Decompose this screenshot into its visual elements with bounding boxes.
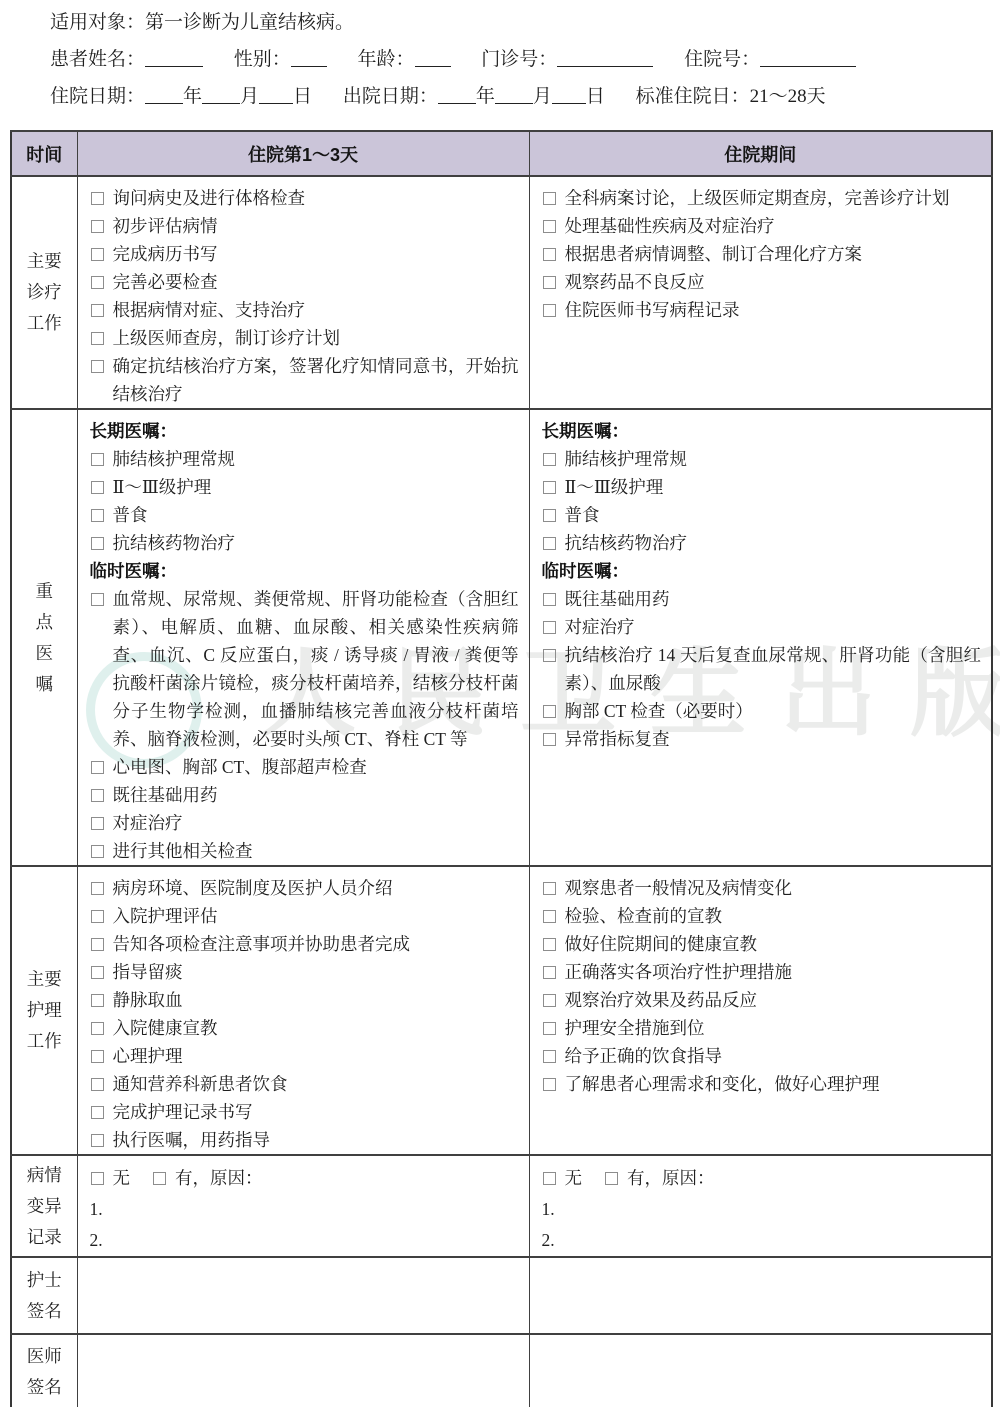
checklist-item: 胸部 CT 检查（必要时） xyxy=(542,697,982,725)
checklist-item-text: 给予正确的饮食指导 xyxy=(565,1042,982,1070)
checkbox-icon[interactable] xyxy=(91,360,104,373)
checklist-item: 肺结核护理常规 xyxy=(542,445,982,473)
checklist-item-text: 全科病案讨论，上级医师定期查房，完善诊疗计划 xyxy=(565,184,982,212)
order-group-heading: 临时医嘱： xyxy=(542,557,982,585)
checklist-item: 肺结核护理常规 xyxy=(90,445,519,473)
col-header-during-stay: 住院期间 xyxy=(529,131,992,176)
checklist-item: 指导留痰 xyxy=(90,958,519,986)
checklist-item-text: 根据患者病情调整、制订合理化疗方案 xyxy=(565,240,982,268)
checkbox-icon[interactable] xyxy=(91,593,104,606)
standard-stay-label: 标准住院日： xyxy=(636,86,750,107)
inpatient-no-label: 住院号： xyxy=(684,49,760,70)
checklist-item-text: 完成病历书写 xyxy=(113,240,519,268)
variation-option-label: 无 xyxy=(113,1163,131,1194)
row-key-orders: 重 点 医 嘱 长期医嘱：肺结核护理常规Ⅱ～Ⅲ级护理普食抗结核药物治疗临时医嘱：… xyxy=(11,409,992,866)
checkbox-icon[interactable] xyxy=(91,789,104,802)
checklist-item-text: 抗结核药物治疗 xyxy=(565,529,982,557)
variation-option-label: 无 xyxy=(565,1163,583,1194)
checklist-item-text: 心电图、胸部 CT、腹部超声检查 xyxy=(113,753,519,781)
checklist-item: 血常规、尿常规、粪便常规、肝肾功能检查（含胆红素）、电解质、血糖、血尿酸、相关感… xyxy=(90,585,519,753)
checkbox-icon[interactable] xyxy=(91,1172,104,1185)
checklist-item-text: 完善必要检查 xyxy=(113,268,519,296)
row-label-physician-signature: 医师 签名 xyxy=(11,1334,77,1407)
checklist-item: 处理基础性疾病及对症治疗 xyxy=(542,212,982,240)
order-group-heading: 长期医嘱： xyxy=(90,417,519,445)
standard-stay-value: 21～28天 xyxy=(750,86,826,107)
cell-orders-during-stay: 长期医嘱：肺结核护理常规Ⅱ～Ⅲ级护理普食抗结核药物治疗临时医嘱：既往基础用药对症… xyxy=(529,409,992,866)
checkbox-icon[interactable] xyxy=(91,192,104,205)
checklist-item-text: 检验、检查前的宣教 xyxy=(565,902,982,930)
checkbox-icon[interactable] xyxy=(91,276,104,289)
dates-line: 住院日期：年月日 出院日期：年月日 标准住院日：21～28天 xyxy=(50,78,982,115)
checklist-item-text: 入院健康宣教 xyxy=(113,1014,519,1042)
checkbox-icon[interactable] xyxy=(91,453,104,466)
checklist-item: 执行医嘱，用药指导 xyxy=(90,1126,519,1154)
checkbox-icon[interactable] xyxy=(153,1172,166,1185)
cell-physician-signature-during-stay[interactable] xyxy=(529,1334,992,1407)
outpatient-no-blank[interactable] xyxy=(557,48,653,67)
numbered-blank-line: 2. xyxy=(90,1225,519,1256)
row-label-variation-record: 病情 变异 记录 xyxy=(11,1155,77,1257)
checkbox-icon[interactable] xyxy=(543,1078,556,1091)
checklist-item: 通知营养科新患者饮食 xyxy=(90,1070,519,1098)
checklist-item-text: 血常规、尿常规、粪便常规、肝肾功能检查（含胆红素）、电解质、血糖、血尿酸、相关感… xyxy=(113,585,519,753)
clinical-pathway-page: 人民卫生出版社 适用对象：第一诊断为儿童结核病。 患者姓名： 性别： 年龄： 门… xyxy=(0,0,1002,1407)
checklist-item: 护理安全措施到位 xyxy=(542,1014,982,1042)
row-label-nurse-signature: 护士 签名 xyxy=(11,1257,77,1334)
inpatient-no-field: 住院号： xyxy=(684,49,856,70)
document-header: 适用对象：第一诊断为儿童结核病。 患者姓名： 性别： 年龄： 门诊号： 住院号：… xyxy=(50,4,982,115)
checklist-item-text: 普食 xyxy=(565,501,982,529)
checkbox-icon[interactable] xyxy=(91,248,104,261)
checklist-item-text: 入院护理评估 xyxy=(113,902,519,930)
order-group-heading: 长期医嘱： xyxy=(542,417,982,445)
row-physician-signature: 医师 签名 xyxy=(11,1334,992,1407)
checklist-item-text: 病房环境、医院制度及医护人员介绍 xyxy=(113,874,519,902)
discharge-day-blank[interactable] xyxy=(552,85,586,104)
checkbox-icon[interactable] xyxy=(543,593,556,606)
checklist-item: 抗结核治疗 14 天后复查血尿常规、肝肾功能（含胆红素）、血尿酸 xyxy=(542,641,982,697)
discharge-year-blank[interactable] xyxy=(438,85,476,104)
month-label: 月 xyxy=(240,86,259,107)
checklist-item: 既往基础用药 xyxy=(90,781,519,809)
checkbox-icon[interactable] xyxy=(91,1078,104,1091)
cell-treatment-during-stay: 全科病案讨论，上级医师定期查房，完善诊疗计划处理基础性疾病及对症治疗根据患者病情… xyxy=(529,176,992,409)
cell-nurse-signature-during-stay[interactable] xyxy=(529,1257,992,1334)
discharge-date-field: 出院日期：年月日 xyxy=(343,86,605,107)
checkbox-icon[interactable] xyxy=(543,248,556,261)
checklist-item: 进行其他相关检查 xyxy=(90,837,519,865)
checkbox-icon[interactable] xyxy=(91,332,104,345)
checklist-item-text: 观察患者一般情况及病情变化 xyxy=(565,874,982,902)
variation-options-line: 无有，原因： xyxy=(90,1163,519,1194)
checklist-item: 既往基础用药 xyxy=(542,585,982,613)
row-label-main-nursing: 主要 护理 工作 xyxy=(11,866,77,1155)
admission-month-blank[interactable] xyxy=(202,85,240,104)
checklist-item-text: 根据病情对症、支持治疗 xyxy=(113,296,519,324)
checklist-item-text: 确定抗结核治疗方案，签署化疗知情同意书，开始抗结核治疗 xyxy=(113,352,519,408)
checklist-item-text: 做好住院期间的健康宣教 xyxy=(565,930,982,958)
checkbox-icon[interactable] xyxy=(91,1022,104,1035)
numbered-blank-line: 2. xyxy=(542,1225,982,1256)
table-header-row: 时间 住院第1～3天 住院期间 xyxy=(11,131,992,176)
admission-date-field: 住院日期：年月日 xyxy=(50,86,312,107)
checkbox-icon[interactable] xyxy=(543,705,556,718)
checklist-item: 对症治疗 xyxy=(542,613,982,641)
checklist-item: 入院护理评估 xyxy=(90,902,519,930)
gender-field: 性别： xyxy=(234,49,327,70)
checklist-item-text: 静脉取血 xyxy=(113,986,519,1014)
checklist-item: 静脉取血 xyxy=(90,986,519,1014)
checkbox-icon[interactable] xyxy=(543,649,556,662)
checkbox-icon[interactable] xyxy=(543,192,556,205)
checklist-item: 正确落实各项治疗性护理措施 xyxy=(542,958,982,986)
checkbox-icon[interactable] xyxy=(91,1050,104,1063)
checklist-item-text: 对症治疗 xyxy=(565,613,982,641)
checkbox-icon[interactable] xyxy=(543,453,556,466)
order-group-heading: 临时医嘱： xyxy=(90,557,519,585)
checklist-item: 对症治疗 xyxy=(90,809,519,837)
checklist-item-text: 抗结核药物治疗 xyxy=(113,529,519,557)
checklist-item-text: 对症治疗 xyxy=(113,809,519,837)
checklist-item: 根据患者病情调整、制订合理化疗方案 xyxy=(542,240,982,268)
checklist-item: 询问病史及进行体格检查 xyxy=(90,184,519,212)
applicable-target-line: 适用对象：第一诊断为儿童结核病。 xyxy=(50,4,982,41)
checklist-item-text: 了解患者心理需求和变化，做好心理护理 xyxy=(565,1070,982,1098)
checkbox-icon[interactable] xyxy=(91,910,104,923)
checkbox-icon[interactable] xyxy=(543,966,556,979)
year-label: 年 xyxy=(183,86,202,107)
checkbox-icon[interactable] xyxy=(543,994,556,1007)
checklist-item: 观察药品不良反应 xyxy=(542,268,982,296)
checklist-item: 住院医师书写病程记录 xyxy=(542,296,982,324)
numbered-blank-line: 1. xyxy=(542,1194,982,1225)
checkbox-icon[interactable] xyxy=(543,509,556,522)
checkbox-icon[interactable] xyxy=(91,1106,104,1119)
cell-nursing-days-1-3: 病房环境、医院制度及医护人员介绍入院护理评估告知各项检查注意事项并协助患者完成指… xyxy=(77,866,529,1155)
checkbox-icon[interactable] xyxy=(91,481,104,494)
checkbox-icon[interactable] xyxy=(543,1050,556,1063)
outpatient-no-label: 门诊号： xyxy=(481,49,557,70)
checkbox-icon[interactable] xyxy=(543,1172,556,1185)
checklist-item: 观察治疗效果及药品反应 xyxy=(542,986,982,1014)
checklist-item: Ⅱ～Ⅲ级护理 xyxy=(90,473,519,501)
checkbox-icon[interactable] xyxy=(543,1022,556,1035)
pathway-table: 时间 住院第1～3天 住院期间 主要 诊疗 工作 询问病史及进行体格检查初步评估… xyxy=(10,130,993,1407)
checklist-item: 上级医师查房，制订诊疗计划 xyxy=(90,324,519,352)
checklist-item-text: 通知营养科新患者饮食 xyxy=(113,1070,519,1098)
checklist-item: 完成病历书写 xyxy=(90,240,519,268)
variation-option-label: 有，原因： xyxy=(175,1163,263,1194)
checkbox-icon[interactable] xyxy=(91,509,104,522)
checklist-item-text: 正确落实各项治疗性护理措施 xyxy=(565,958,982,986)
checkbox-icon[interactable] xyxy=(91,304,104,317)
checklist-item: 心电图、胸部 CT、腹部超声检查 xyxy=(90,753,519,781)
day-label: 日 xyxy=(293,86,312,107)
checkbox-icon[interactable] xyxy=(605,1172,618,1185)
checklist-item: 抗结核药物治疗 xyxy=(90,529,519,557)
checklist-item: 了解患者心理需求和变化，做好心理护理 xyxy=(542,1070,982,1098)
checklist-item-text: 指导留痰 xyxy=(113,958,519,986)
age-field: 年龄： xyxy=(358,49,451,70)
col-header-days-1-3: 住院第1～3天 xyxy=(77,131,529,176)
variation-option-label: 有，原因： xyxy=(627,1163,715,1194)
month-label: 月 xyxy=(533,86,552,107)
checkbox-icon[interactable] xyxy=(543,276,556,289)
checklist-item: 病房环境、医院制度及医护人员介绍 xyxy=(90,874,519,902)
checkbox-icon[interactable] xyxy=(91,845,104,858)
checkbox-icon[interactable] xyxy=(543,938,556,951)
gender-blank[interactable] xyxy=(291,48,327,67)
checklist-item: 完善必要检查 xyxy=(90,268,519,296)
checklist-item-text: 肺结核护理常规 xyxy=(113,445,519,473)
cell-nurse-signature-days-1-3[interactable] xyxy=(77,1257,529,1334)
discharge-date-label: 出院日期： xyxy=(343,86,438,107)
checklist-item: 确定抗结核治疗方案，签署化疗知情同意书，开始抗结核治疗 xyxy=(90,352,519,408)
checklist-item-text: 既往基础用药 xyxy=(565,585,982,613)
outpatient-no-field: 门诊号： xyxy=(481,49,653,70)
numbered-blank-line: 1. xyxy=(90,1194,519,1225)
checklist-item: 初步评估病情 xyxy=(90,212,519,240)
checkbox-icon[interactable] xyxy=(91,220,104,233)
checklist-item-text: 胸部 CT 检查（必要时） xyxy=(565,697,982,725)
checklist-item-text: 住院医师书写病程记录 xyxy=(565,296,982,324)
year-label: 年 xyxy=(476,86,495,107)
day-label: 日 xyxy=(586,86,605,107)
checklist-item: 完成护理记录书写 xyxy=(90,1098,519,1126)
checklist-item-text: 执行医嘱，用药指导 xyxy=(113,1126,519,1154)
cell-variation-during-stay: 无有，原因：1.2. xyxy=(529,1155,992,1257)
checkbox-icon[interactable] xyxy=(91,1134,104,1147)
checkbox-icon[interactable] xyxy=(91,761,104,774)
cell-orders-days-1-3: 长期医嘱：肺结核护理常规Ⅱ～Ⅲ级护理普食抗结核药物治疗临时医嘱：血常规、尿常规、… xyxy=(77,409,529,866)
checklist-item-text: Ⅱ～Ⅲ级护理 xyxy=(113,473,519,501)
checkbox-icon[interactable] xyxy=(543,733,556,746)
checklist-item: 根据病情对症、支持治疗 xyxy=(90,296,519,324)
row-main-nursing: 主要 护理 工作 病房环境、医院制度及医护人员介绍入院护理评估告知各项检查注意事… xyxy=(11,866,992,1155)
checklist-item-text: 完成护理记录书写 xyxy=(113,1098,519,1126)
checkbox-icon[interactable] xyxy=(543,304,556,317)
patient-name-label: 患者姓名： xyxy=(50,49,145,70)
checklist-item-text: 肺结核护理常规 xyxy=(565,445,982,473)
cell-physician-signature-days-1-3[interactable] xyxy=(77,1334,529,1407)
checklist-item-text: 询问病史及进行体格检查 xyxy=(113,184,519,212)
checkbox-icon[interactable] xyxy=(543,910,556,923)
row-variation-record: 病情 变异 记录 无有，原因：1.2. 无有，原因：1.2. xyxy=(11,1155,992,1257)
row-label-main-treatment: 主要 诊疗 工作 xyxy=(11,176,77,409)
checklist-item: 普食 xyxy=(542,501,982,529)
checklist-item-text: 处理基础性疾病及对症治疗 xyxy=(565,212,982,240)
checklist-item: 普食 xyxy=(90,501,519,529)
row-nurse-signature: 护士 签名 xyxy=(11,1257,992,1334)
checklist-item: Ⅱ～Ⅲ级护理 xyxy=(542,473,982,501)
checkbox-icon[interactable] xyxy=(91,994,104,1007)
checklist-item: 心理护理 xyxy=(90,1042,519,1070)
variation-options-line: 无有，原因： xyxy=(542,1163,982,1194)
checklist-item: 全科病案讨论，上级医师定期查房，完善诊疗计划 xyxy=(542,184,982,212)
checklist-item-text: 心理护理 xyxy=(113,1042,519,1070)
checkbox-icon[interactable] xyxy=(91,817,104,830)
checkbox-icon[interactable] xyxy=(543,220,556,233)
row-label-key-orders: 重 点 医 嘱 xyxy=(11,409,77,866)
checklist-item: 入院健康宣教 xyxy=(90,1014,519,1042)
gender-label: 性别： xyxy=(234,49,291,70)
age-label: 年龄： xyxy=(358,49,415,70)
checklist-item: 检验、检查前的宣教 xyxy=(542,902,982,930)
patient-name-blank[interactable] xyxy=(145,48,203,67)
checkbox-icon[interactable] xyxy=(91,882,104,895)
checklist-item-text: Ⅱ～Ⅲ级护理 xyxy=(565,473,982,501)
patient-info-line: 患者姓名： 性别： 年龄： 门诊号： 住院号： xyxy=(50,41,982,78)
checklist-item-text: 观察治疗效果及药品反应 xyxy=(565,986,982,1014)
age-blank[interactable] xyxy=(415,48,451,67)
checkbox-icon[interactable] xyxy=(91,966,104,979)
checklist-item: 给予正确的饮食指导 xyxy=(542,1042,982,1070)
checklist-item-text: 告知各项检查注意事项并协助患者完成 xyxy=(113,930,519,958)
checkbox-icon[interactable] xyxy=(91,938,104,951)
standard-stay-field: 标准住院日：21～28天 xyxy=(636,86,826,107)
checklist-item-text: 抗结核治疗 14 天后复查血尿常规、肝肾功能（含胆红素）、血尿酸 xyxy=(565,641,982,697)
inpatient-no-blank[interactable] xyxy=(760,48,856,67)
cell-treatment-days-1-3: 询问病史及进行体格检查初步评估病情完成病历书写完善必要检查根据病情对症、支持治疗… xyxy=(77,176,529,409)
checklist-item-text: 上级医师查房，制订诊疗计划 xyxy=(113,324,519,352)
patient-name-field: 患者姓名： xyxy=(50,49,203,70)
checkbox-icon[interactable] xyxy=(543,537,556,550)
checkbox-icon[interactable] xyxy=(91,537,104,550)
checklist-item-text: 进行其他相关检查 xyxy=(113,837,519,865)
checklist-item: 观察患者一般情况及病情变化 xyxy=(542,874,982,902)
checkbox-icon[interactable] xyxy=(543,621,556,634)
checklist-item: 告知各项检查注意事项并协助患者完成 xyxy=(90,930,519,958)
cell-nursing-during-stay: 观察患者一般情况及病情变化检验、检查前的宣教做好住院期间的健康宣教正确落实各项治… xyxy=(529,866,992,1155)
admission-year-blank[interactable] xyxy=(145,85,183,104)
checklist-item-text: 既往基础用药 xyxy=(113,781,519,809)
admission-date-label: 住院日期： xyxy=(50,86,145,107)
discharge-month-blank[interactable] xyxy=(495,85,533,104)
admission-day-blank[interactable] xyxy=(259,85,293,104)
checklist-item-text: 初步评估病情 xyxy=(113,212,519,240)
checklist-item: 异常指标复查 xyxy=(542,725,982,753)
row-main-treatment: 主要 诊疗 工作 询问病史及进行体格检查初步评估病情完成病历书写完善必要检查根据… xyxy=(11,176,992,409)
checkbox-icon[interactable] xyxy=(543,882,556,895)
checklist-item-text: 普食 xyxy=(113,501,519,529)
checklist-item: 做好住院期间的健康宣教 xyxy=(542,930,982,958)
checklist-item: 抗结核药物治疗 xyxy=(542,529,982,557)
cell-variation-days-1-3: 无有，原因：1.2. xyxy=(77,1155,529,1257)
checklist-item-text: 护理安全措施到位 xyxy=(565,1014,982,1042)
checkbox-icon[interactable] xyxy=(543,481,556,494)
col-header-time: 时间 xyxy=(11,131,77,176)
checklist-item-text: 异常指标复查 xyxy=(565,725,982,753)
checklist-item-text: 观察药品不良反应 xyxy=(565,268,982,296)
